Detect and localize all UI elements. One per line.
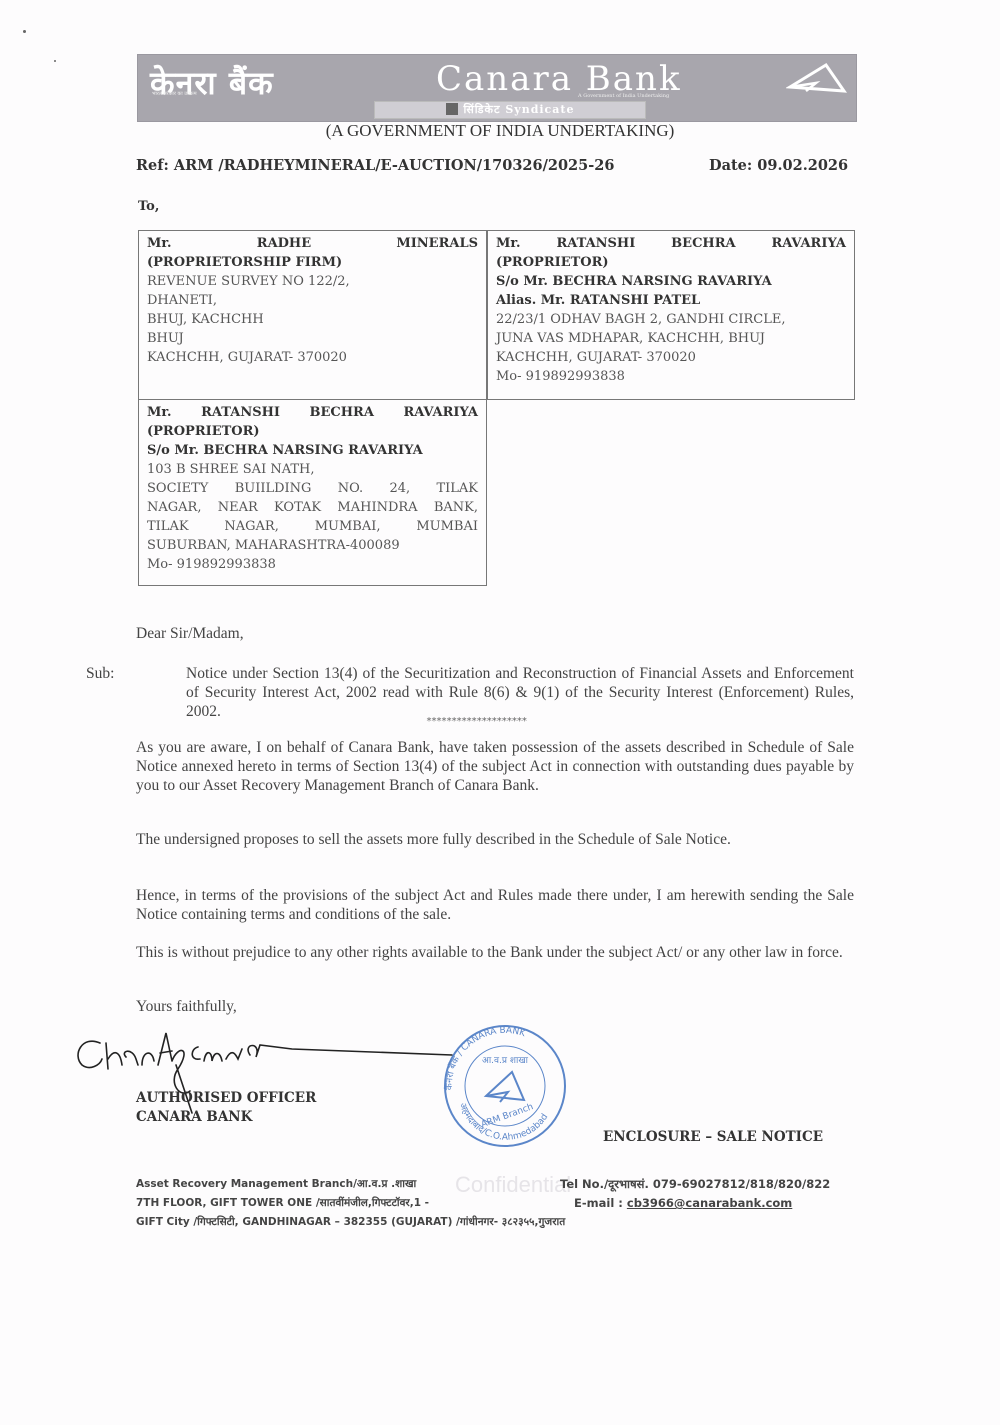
addressee-box-1: Mr. RADHE MINERALS (PROPRIETORSHIP FIRM)…: [138, 230, 487, 400]
subject-label: Sub:: [136, 664, 186, 683]
separator: ********************: [426, 716, 526, 727]
sale-notice-letter: केनरा बैंक भारत सरकार का उपक्रम Canara B…: [0, 0, 1000, 1425]
syndicate-label: सिंडिकेट Syndicate: [374, 101, 646, 119]
email-label: E-mail :: [574, 1196, 627, 1210]
phone-number: Mo- 919892993838: [496, 367, 846, 386]
reference-number: Ref: ARM /RADHEYMINERAL/E-AUCTION/170326…: [136, 157, 614, 174]
addressee-parentage: S/o Mr. BECHRA NARSING RAVARIYA: [496, 272, 846, 291]
addressee-box-2: Mr. RATANSHI BECHRA RAVARIYA (PROPRIETOR…: [487, 230, 855, 400]
stamp-inner-text: आ.व.प्र शाखा: [482, 1056, 529, 1066]
syndicate-text: सिंडिकेट Syndicate: [464, 103, 575, 116]
paragraph-sale-notice: Hence, in terms of the provisions of the…: [136, 886, 854, 924]
to-label: To,: [138, 199, 159, 214]
footer-telephone: Tel No./दूरभाषसं. 079-69027812/818/820/8…: [560, 1175, 830, 1194]
closing: Yours faithfully,: [136, 997, 854, 1016]
addressee-name: Mr. RADHE MINERALS: [147, 234, 478, 253]
footer-contact: Tel No./दूरभाषसं. 079-69027812/818/820/8…: [560, 1175, 830, 1213]
addressee-parentage: S/o Mr. BECHRA NARSING RAVARIYA: [147, 441, 478, 460]
address-line: TILAK NAGAR, MUMBAI, MUMBAI: [147, 517, 478, 536]
letter-date: Date: 09.02.2026: [709, 157, 848, 174]
footer-address-line-1: 7TH FLOOR, GIFT TOWER ONE /सातवींमंजील,ग…: [136, 1194, 565, 1213]
scan-speck: [54, 60, 56, 62]
enclosure-label: ENCLOSURE – SALE NOTICE: [603, 1129, 823, 1145]
bank-name-hindi: केनरा बैंक: [150, 61, 274, 104]
footer-email-row: E-mail : cb3966@canarabank.com: [560, 1194, 830, 1213]
address-line: NAGAR, NEAR KOTAK MAHINDRA BANK,: [147, 498, 478, 517]
address-line: REVENUE SURVEY NO 122/2,: [147, 272, 478, 291]
government-undertaking-line: (A GOVERNMENT OF INDIA UNDERTAKING): [0, 121, 1000, 141]
address-line: BHUJ, KACHCHH: [147, 310, 478, 329]
subject-line: Sub:Notice under Section 13(4) of the Se…: [136, 664, 854, 721]
subject-text: Notice under Section 13(4) of the Securi…: [186, 665, 854, 720]
address-line: KACHCHH, GUJARAT- 370020: [147, 348, 478, 367]
addressee-box-3: Mr. RATANSHI BECHRA RAVARIYA (PROPRIETOR…: [138, 399, 487, 586]
address-line: 103 B SHREE SAI NATH,: [147, 460, 478, 479]
signatory-organization: CANARA BANK: [136, 1108, 316, 1127]
signatory-title: AUTHORISED OFFICER: [136, 1089, 316, 1108]
canara-triangle-logo-icon: [786, 61, 848, 95]
letterhead-banner: केनरा बैंक भारत सरकार का उपक्रम Canara B…: [137, 54, 857, 122]
paragraph-without-prejudice: This is without prejudice to any other r…: [136, 943, 854, 962]
salutation: Dear Sir/Madam,: [136, 624, 854, 643]
email-link[interactable]: cb3966@canarabank.com: [627, 1196, 792, 1210]
addressee-type: (PROPRIETOR): [496, 253, 846, 272]
address-line: SUBURBAN, MAHARASHTRA-400089: [147, 536, 478, 555]
footer-address-line-2: GIFT City /गिफ्टसिटी, GANDHINAGAR – 3823…: [136, 1213, 565, 1232]
scan-speck: [23, 30, 26, 33]
footer-branch: Asset Recovery Management Branch/आ.व.प्र…: [136, 1175, 565, 1194]
address-line: KACHCHH, GUJARAT- 370020: [496, 348, 846, 367]
paragraph-sale-proposal: The undersigned proposes to sell the ass…: [136, 830, 854, 849]
address-line: 22/23/1 ODHAV BAGH 2, GANDHI CIRCLE,: [496, 310, 846, 329]
branch-stamp-icon: केनरा बैंक / CANARA BANK अहमदाबाद/C.O.Ah…: [430, 1018, 580, 1148]
addressee-type: (PROPRIETOR): [147, 422, 478, 441]
address-line: SOCIETY BUIILDING NO. 24, TILAK: [147, 479, 478, 498]
addressee-alias: Alias. Mr. RATANSHI PATEL: [496, 291, 846, 310]
footer-address: Asset Recovery Management Branch/आ.व.प्र…: [136, 1175, 565, 1232]
bank-tagline-hindi: भारत सरकार का उपक्रम: [152, 91, 197, 97]
syndicate-logo-icon: [446, 103, 458, 115]
paragraph-possession: As you are aware, I on behalf of Canara …: [136, 738, 854, 795]
bank-tagline-english: A Government of India Undertaking: [578, 93, 669, 99]
addressee-name: Mr. RATANSHI BECHRA RAVARIYA: [147, 403, 478, 422]
address-line: BHUJ: [147, 329, 478, 348]
addressee-name: Mr. RATANSHI BECHRA RAVARIYA: [496, 234, 846, 253]
addressee-type: (PROPRIETORSHIP FIRM): [147, 253, 478, 272]
signatory-block: AUTHORISED OFFICER CANARA BANK: [136, 1089, 316, 1127]
address-line: JUNA VAS MDHAPAR, KACHCHH, BHUJ: [496, 329, 846, 348]
phone-number: Mo- 919892993838: [147, 555, 478, 574]
address-line: DHANETI,: [147, 291, 478, 310]
